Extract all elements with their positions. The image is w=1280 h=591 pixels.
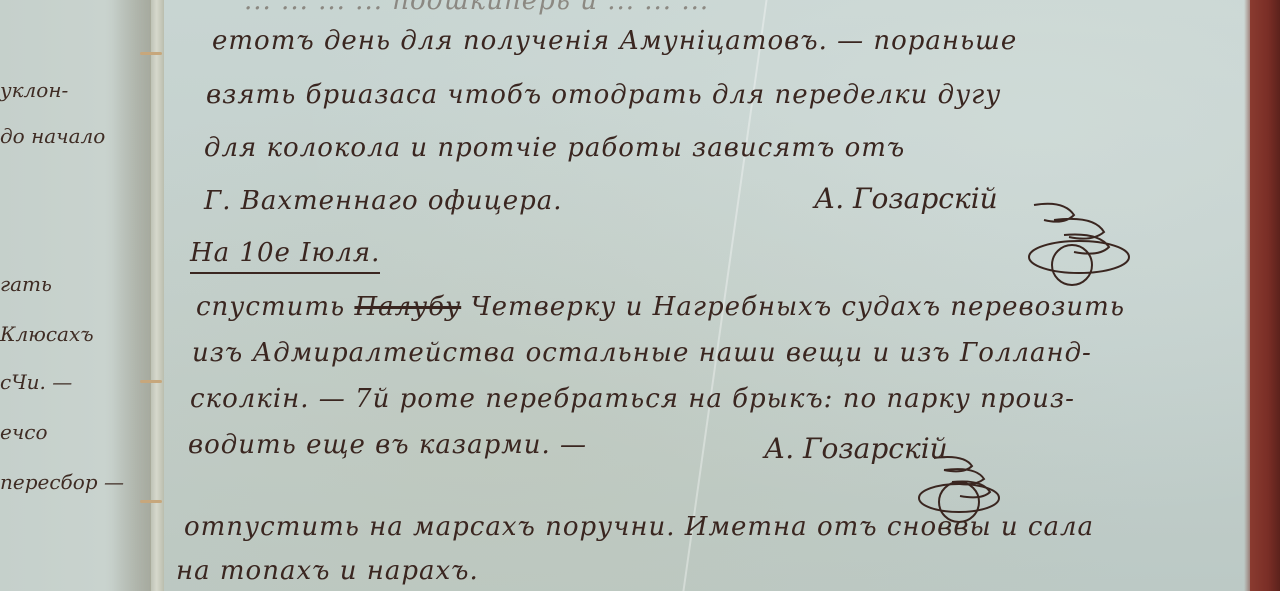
manuscript-page: ... ... ... ... подшкиперь и ... ... ...… — [164, 0, 1254, 591]
margin-fragment: пересбор — — [0, 470, 124, 494]
margin-fragment: ечсо — [0, 420, 48, 444]
entry-2-line-1: спустить Палубу Четверку и Нагребныхъ су… — [196, 292, 1125, 322]
entry-3-line-1: отпустить на марсахъ поручни. Иметна отъ… — [184, 512, 1094, 542]
entry-1-line-4: Г. Вахтеннаго офицера. — [204, 186, 563, 216]
margin-fragment: до начало — [0, 124, 105, 148]
entry-1-line-3: для колокола и протчіе работы зависятъ о… — [204, 133, 905, 163]
text-segment: спустить — [196, 292, 345, 322]
struck-out-word: Палубу — [354, 292, 461, 322]
margin-fragment: уклон- — [0, 78, 68, 102]
binding-stitch — [140, 52, 162, 55]
entry-2-line-3: сколкін. — 7й роте перебраться на брыкъ:… — [190, 384, 1075, 414]
binding-stitch — [140, 500, 162, 503]
top-partial-line: ... ... ... ... подшкиперь и ... ... ... — [244, 0, 709, 16]
entry-2-line-4: водить еще въ казарми. — — [188, 430, 587, 460]
entry-2-line-2: изъ Адмиралтейства остальные наши вещи и… — [192, 338, 1092, 368]
signature-1: А. Гозарскій — [814, 182, 998, 215]
binding-stitch — [140, 380, 162, 383]
red-binding-edge — [1250, 0, 1280, 591]
entry-1-line-1: етотъ день для полученія Амуніцатовъ. — … — [212, 26, 1017, 56]
margin-fragment: гать — [0, 272, 52, 296]
entry-3-line-2: на топахъ и нарахъ. — [176, 556, 479, 586]
date-heading: На 10е Іюля. — [190, 238, 380, 274]
signature-flourish-icon — [1024, 195, 1154, 295]
entry-2-heading: На 10е Іюля. — [190, 238, 380, 268]
entry-1-line-2: взять бриазаса чтобъ отодрать для переде… — [206, 80, 1001, 110]
margin-fragment: сЧи. — — [0, 370, 72, 394]
text-segment: Четверку и Нагребныхъ судахъ перевозить — [470, 292, 1125, 322]
margin-fragment: Клюсахъ — [0, 322, 94, 346]
